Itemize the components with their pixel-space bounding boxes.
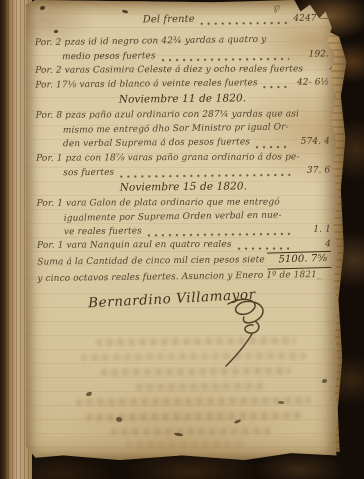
page-mark: ℘ xyxy=(272,1,281,13)
entry-text: Suma á la Cantidad de cinco mil cien pes… xyxy=(37,253,265,270)
entry-amount: 574. 4 xyxy=(294,135,330,150)
date-heading: Noviembre 11 de 1820. xyxy=(35,91,329,108)
dot-leader xyxy=(118,167,290,180)
carried-forward-label: Del frente xyxy=(143,13,195,28)
ledger-page: Del frente 4247 — Por. 2 pzas id id negr… xyxy=(26,0,338,460)
entry-text: Por. 2 varas Casimira Celeste á diez y o… xyxy=(35,62,303,78)
bleedthrough-text xyxy=(101,367,291,376)
entry-text: sos fuertes xyxy=(63,166,114,181)
entry-amount: 42- 6½ xyxy=(293,76,329,91)
carried-forward-header: Del frente 4247 — xyxy=(35,11,329,28)
entry-amount: 192. xyxy=(293,47,329,62)
entry-text: Por. 17⅛ varas id blanco á veinte reales… xyxy=(35,76,257,93)
ledger-lines: Por. 2 pzas id id negro con 42¾ yardas a… xyxy=(35,33,332,286)
manuscript-photo: Del frente 4247 — Por. 2 pzas id id negr… xyxy=(0,0,364,479)
total-amount: 5100. 7⅝ xyxy=(267,251,331,270)
bleedthrough-text xyxy=(136,382,266,390)
entry-text: Por. 1 vara Nanquin azul en quatro reale… xyxy=(37,238,232,253)
date-heading: Noviembre 15 de 1820. xyxy=(36,179,330,196)
ink-speck xyxy=(322,379,327,383)
ledger-line: Por. 2 varas Casimira Celeste á diez y o… xyxy=(35,62,329,78)
ledger-line: Por. 1 pza con 18⅞ varas paño grana ordi… xyxy=(36,150,330,166)
dot-leader xyxy=(254,139,290,150)
entry-amount: 4 xyxy=(295,238,331,252)
entry-amount: 37. 6 xyxy=(294,163,330,178)
page-content: Del frente 4247 — Por. 2 pzas id id negr… xyxy=(35,6,332,285)
dot-leader xyxy=(236,241,292,252)
ledger-line: Por. 17⅛ varas id blanco á veinte reales… xyxy=(35,76,329,93)
ink-speck xyxy=(234,419,242,424)
entry-text: igualmente por Suprema Orden verbal en n… xyxy=(64,208,282,226)
carried-forward-amount: 4247 — xyxy=(293,11,329,26)
entry-text: Por. 1 pza con 18⅞ varas paño grana ordi… xyxy=(36,150,299,166)
ledger-line: y cinco octavos reales fuertes. Asuncion… xyxy=(37,268,331,287)
ink-speck xyxy=(86,391,93,396)
entry-text: den verbal Suprema á dos pesos fuertes xyxy=(63,136,250,152)
bleedthrough-text xyxy=(126,440,246,448)
entry-amount: 1. 1 xyxy=(295,223,331,238)
dot-leader xyxy=(262,79,290,90)
bleedthrough-text xyxy=(76,397,311,406)
entry-text: y cinco octavos reales fuertes. Asuncion… xyxy=(37,268,321,287)
entry-text: medio pesos fuertes xyxy=(62,49,156,64)
dot-leader xyxy=(160,51,289,63)
bleedthrough-text xyxy=(111,427,271,435)
dot-leader xyxy=(199,15,289,27)
